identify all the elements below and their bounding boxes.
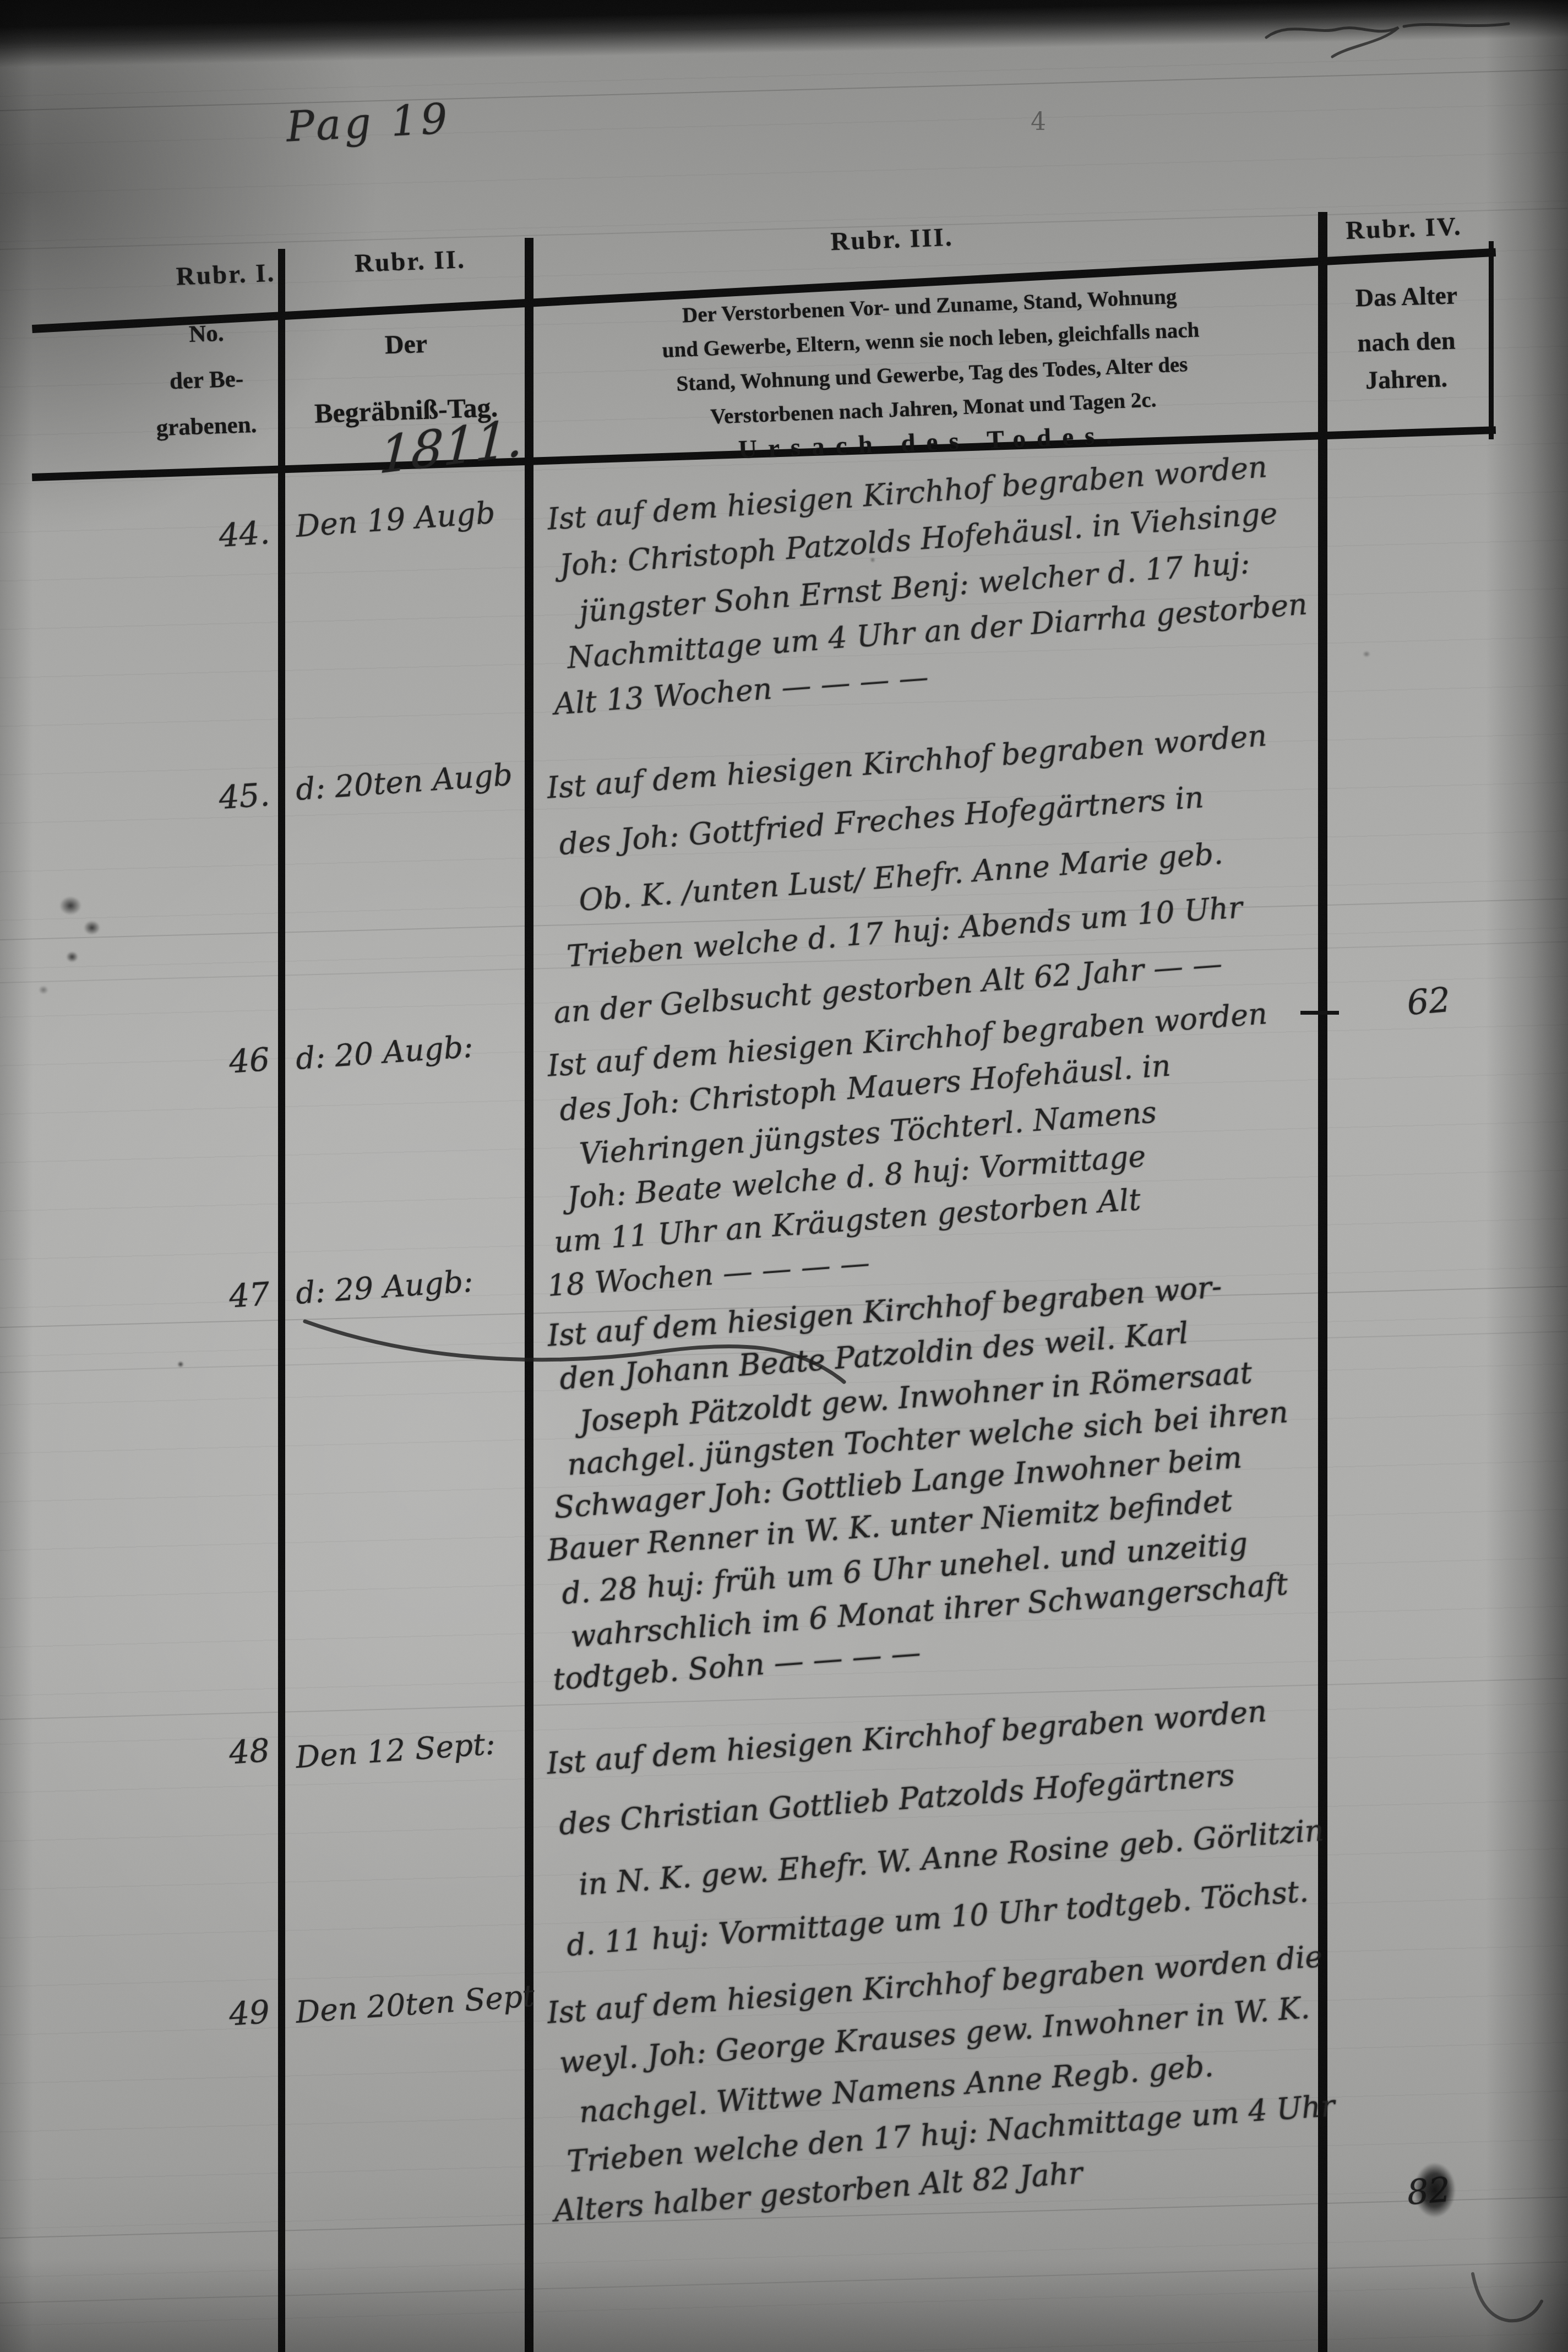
- stain-spot: [1363, 651, 1370, 657]
- pencil-mark: 4: [1031, 108, 1046, 136]
- stain-spot: [870, 557, 875, 563]
- entry-text: Ist auf dem hiesigen Kirchhof begraben w…: [548, 1996, 1335, 2244]
- check-mark: [1464, 2263, 1553, 2334]
- entry-burial-date: d: 29 Augb:: [295, 1259, 533, 1311]
- pencil-scribble: [1250, 4, 1536, 65]
- entry-number: 47: [123, 1275, 271, 1322]
- entry-number: 44.: [123, 514, 271, 561]
- table-vertical-line-col1: [278, 249, 285, 2352]
- entry-burial-date: Den 19 Augb: [295, 492, 533, 544]
- scan-right-shadow: [1485, 0, 1568, 2352]
- col1-title-line: grabenen.: [129, 410, 284, 443]
- entry-burial-date: d: 20ten Augb: [295, 755, 533, 807]
- entry-text: Ist auf dem hiesigen Kirchhof begraben w…: [548, 1319, 1335, 1705]
- entry-burial-date: d: 20 Augb:: [295, 1025, 533, 1076]
- scan-left-shadow: [0, 0, 33, 2352]
- stain-spot: [59, 896, 81, 915]
- rubric-1-label: Rubr. I.: [140, 257, 312, 293]
- col4-title-line: Das Alter: [1322, 280, 1490, 313]
- entry-number: 46: [123, 1041, 271, 1088]
- col1-title-line: No.: [129, 318, 284, 350]
- burial-register-scan-page: Rubr. I. Rubr. II. Rubr. III. Rubr. IV. …: [0, 0, 1568, 2352]
- ruled-line: [0, 69, 1567, 111]
- rubric-2-label: Rubr. II.: [308, 243, 513, 280]
- entry-burial-date: Den 20ten Sept: [295, 1978, 533, 2030]
- stain-spot: [66, 951, 78, 962]
- rubric-4-label: Rubr. IV.: [1321, 210, 1487, 246]
- stain-spot: [84, 921, 100, 935]
- handwritten-page-number: Pag 19: [285, 94, 452, 151]
- stain-spot: [39, 986, 48, 994]
- stain-spot: [177, 1361, 184, 1368]
- col4-title-line: nach den: [1322, 325, 1490, 358]
- entry-number: 45.: [123, 776, 271, 823]
- table-vertical-line-col2: [525, 238, 533, 2352]
- ink-blot: [1414, 2163, 1456, 2218]
- col2-title-line: Der: [286, 325, 526, 363]
- entry-burial-date: Den 12 Sept:: [295, 1723, 533, 1775]
- col1-title-line: der Be-: [129, 364, 284, 396]
- rubric-3-label: Rubr. III.: [787, 221, 997, 259]
- ruled-line: [0, 2261, 1567, 2304]
- scan-top-edge: [0, 0, 1568, 68]
- entry-number: 48: [123, 1732, 271, 1779]
- entry-age: 62: [1355, 975, 1501, 1027]
- scan-bottom-shadow: [0, 2258, 1568, 2352]
- col3-description: Der Verstorbenen Vor- und Zuname, Stand,…: [545, 274, 1317, 440]
- entry-number: 49: [123, 1993, 271, 2040]
- col4-title-line: Jahren.: [1322, 362, 1490, 396]
- entry-text: Ist auf dem hiesigen Kirchhof begraben w…: [548, 502, 1335, 733]
